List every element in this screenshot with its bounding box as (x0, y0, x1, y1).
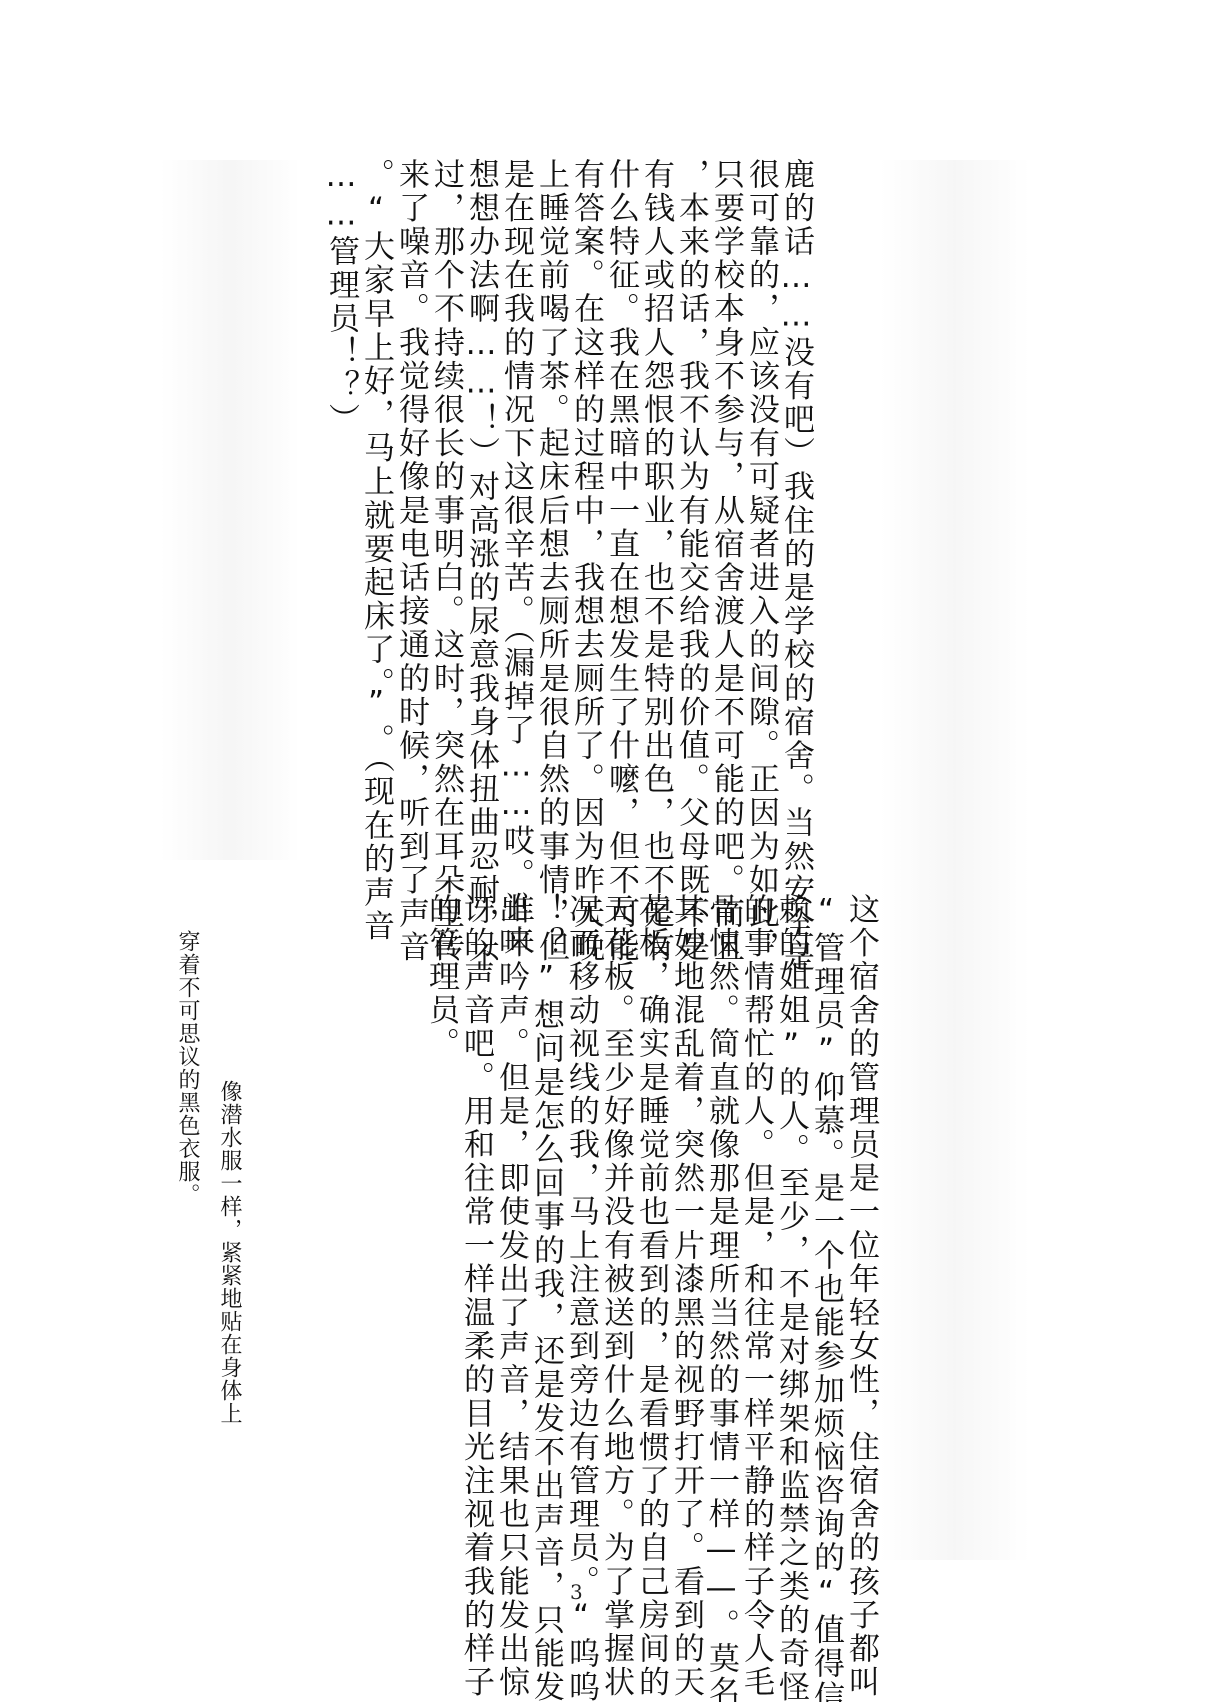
text-column: 很可靠的，应该没有可疑者进入的间隙。正因为如此， (743, 158, 778, 838)
text-column: ！？”想问是怎么回事的我，还是发不出声音，只能发 (528, 893, 563, 1533)
text-block-top: 鹿的话……没有吧）我住的是学校的宿舍。当然安全是 很可靠的，应该没有可疑者进入的… (323, 158, 813, 838)
text-column: 天花板。至少好像并没有被送到什么地方。为了掌握状 (598, 893, 633, 1533)
text-column: ……管理员！？） (323, 158, 358, 838)
image-caption-line-1: 像潜水服一样，紧紧地贴在身体上 (214, 1080, 244, 1425)
bleed-through-shadow (880, 160, 1030, 1560)
text-column: 这个宿舍的管理员是一位年轻女性，住宿舍的孩子都叫 (843, 893, 878, 1533)
text-column: 是在现在我的情况下这很辛苦。（漏掉了……哎。谁来 (498, 158, 533, 838)
text-column: 。“大家早上好，马上就要起床了。”。（现在的声音 (358, 158, 393, 838)
text-column: 赖的姐姐”的人。至少，不是对绑架和监禁之类的奇怪 (773, 893, 808, 1533)
text-column: 出呻吟声。但是，即使发出了声音，结果也只能发出惊 (493, 893, 528, 1533)
text-column: 其妙地混乱着，突然一片漆黑的视野打开了。看到的天 (668, 893, 703, 1533)
bleed-through-shadow (160, 160, 300, 860)
text-block-bottom: 这个宿舍的管理员是一位年轻女性，住宿舍的孩子都叫 “管理员”仰慕。是一个也能参加… (423, 893, 878, 1533)
text-column: 花板，确实是睡觉前也看到的，是看惯了的自己房间的 (633, 893, 668, 1533)
text-column: 况而移动视线的我，马上注意到旁边有管理员。“呜呜 (563, 893, 598, 1533)
image-caption-line-2: 穿着不可思议的黑色衣服。 (172, 930, 202, 1206)
page-number: 3 (570, 1580, 583, 1604)
text-column: 有答案。在这样的过程中，我想去厕所了。因为昨天晚 (568, 158, 603, 838)
text-column: 的管理员。 (423, 893, 458, 1533)
text-column: 来了噪音。我觉得好像是电话接通的时候，听到了声音 (393, 158, 428, 838)
text-column: 骨悚然。简直就像那是理所当然的事情一样——。莫名 (703, 893, 738, 1533)
text-column: 讶的声音吧。用和往常一样温柔的目光注视着我的样子 (458, 893, 493, 1533)
text-column: 只要学校本身不参与，从宿舍渡人是不可能的吧。而且 (708, 158, 743, 838)
text-column: 过，那个不持续很长的事明白。这时，突然在耳朵里传 (428, 158, 463, 838)
text-column: 什么特征。我在黑暗中一直在想发生了什嚒，但不可能 (603, 158, 638, 838)
text-column: 有钱人或招人怨恨的职业，也不是特别出色，也不是有 (638, 158, 673, 838)
text-column: 的事情帮忙的人。但是，和往常一样平静的样子令人毛 (738, 893, 773, 1533)
text-column: 鹿的话……没有吧）我住的是学校的宿舍。当然安全是 (778, 158, 813, 838)
text-column: ，本来的话，我不认为有能交给我的价值。父母既不是 (673, 158, 708, 838)
document-page: 鹿的话……没有吧）我住的是学校的宿舍。当然安全是 很可靠的，应该没有可疑者进入的… (0, 0, 1213, 1702)
text-column: 想想办法啊……！）对高涨的尿意我身体扭曲忍耐，不 (463, 158, 498, 838)
text-column: “管理员”仰慕。是一个也能参加烦恼咨询的“值得信 (808, 893, 843, 1533)
text-column: 上睡觉前喝了茶。起床后想去厕所是很自然的事情，但 (533, 158, 568, 838)
